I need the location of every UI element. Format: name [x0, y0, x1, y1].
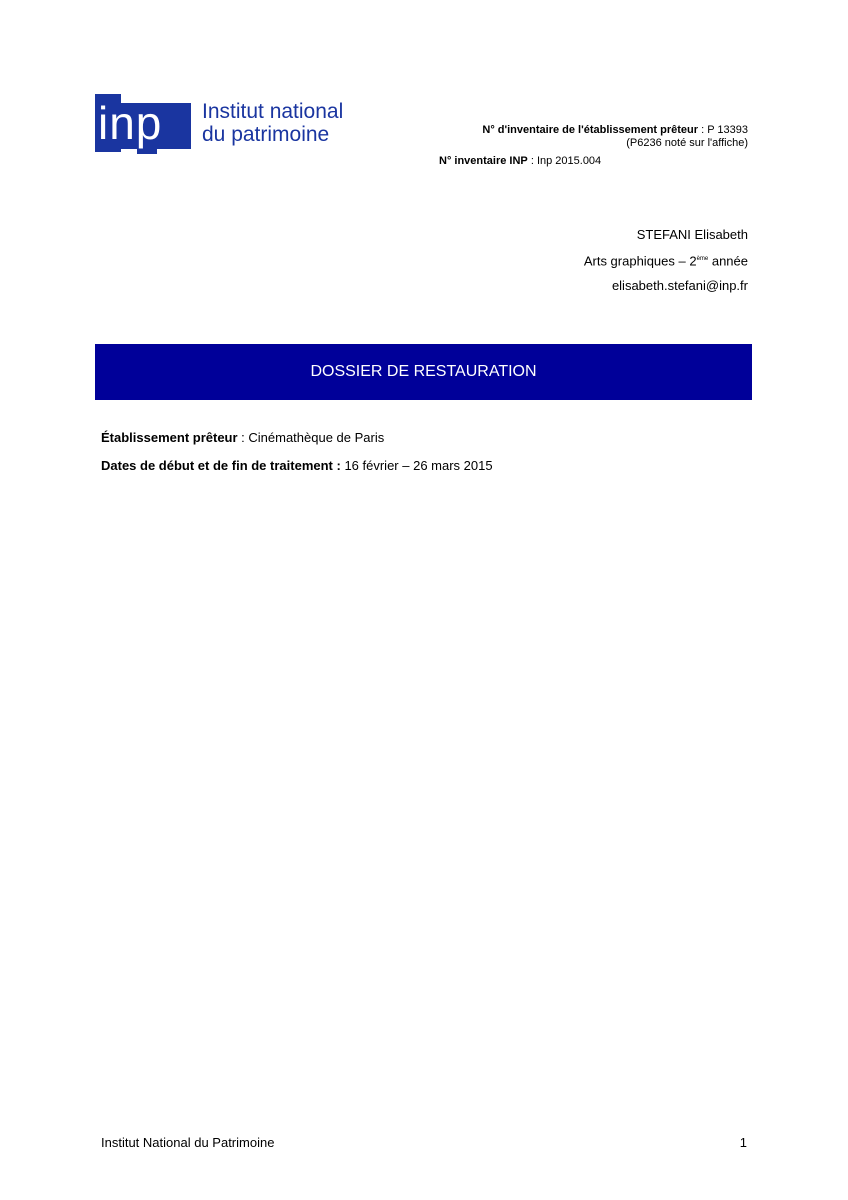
- treatment-details: Établissement prêteur : Cinémathèque de …: [101, 424, 493, 480]
- logo-abbr: inp: [98, 98, 162, 148]
- author-program: Arts graphiques – 2ème année: [584, 247, 748, 273]
- document-title-banner: DOSSIER DE RESTAURATION: [95, 344, 752, 400]
- author-name: STEFANI Elisabeth: [584, 222, 748, 247]
- dates-row: Dates de début et de fin de traitement :…: [101, 452, 493, 480]
- author-email: elisabeth.stefani@inp.fr: [584, 273, 748, 298]
- lender-row: Établissement prêteur : Cinémathèque de …: [101, 424, 493, 452]
- logo-name-line2: du patrimoine: [202, 123, 343, 146]
- logo-name: Institut national du patrimoine: [202, 100, 343, 146]
- inp-inventory: N° inventaire INP : Inp 2015.004: [439, 155, 601, 167]
- lender-inventory-note: (P6236 noté sur l'affiche): [482, 137, 748, 150]
- footer-org: Institut National du Patrimoine: [101, 1135, 274, 1150]
- author-block: STEFANI Elisabeth Arts graphiques – 2ème…: [584, 222, 748, 298]
- lender-inventory-label: N° d'inventaire de l'établissement prête…: [482, 124, 698, 136]
- page-number: 1: [740, 1135, 747, 1150]
- lender-inventory: N° d'inventaire de l'établissement prête…: [482, 124, 748, 150]
- inp-inventory-label: N° inventaire INP: [439, 155, 528, 167]
- logo-name-line1: Institut national: [202, 100, 343, 123]
- document-title: DOSSIER DE RESTAURATION: [310, 363, 536, 381]
- lender-inventory-value: : P 13393: [701, 124, 748, 136]
- inp-inventory-value: : Inp 2015.004: [531, 155, 601, 167]
- inp-logo: inp: [95, 94, 191, 154]
